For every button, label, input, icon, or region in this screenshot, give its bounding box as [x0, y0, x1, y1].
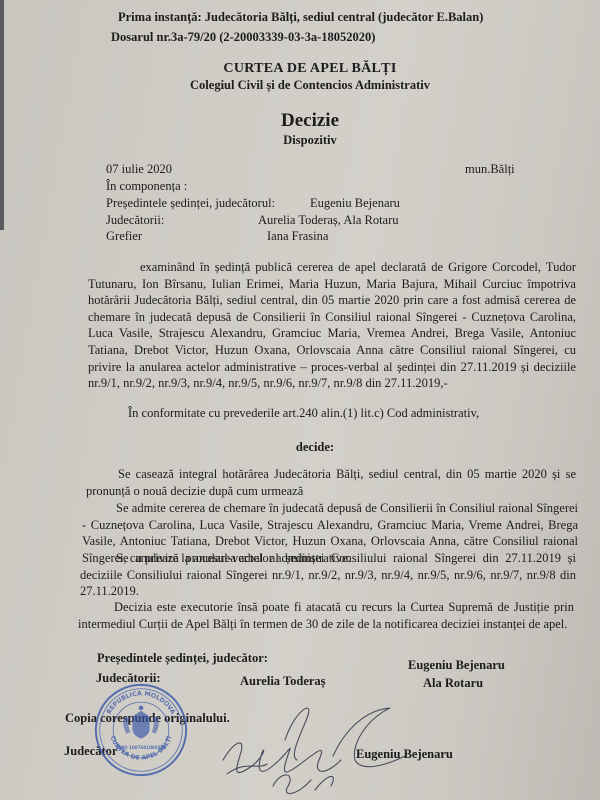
- composition-value-clerk: Iana Frasina: [267, 229, 328, 244]
- legal-basis: În conformitate cu prevederile art.240 a…: [128, 406, 479, 421]
- president-label: Președintele ședinței, judecător:: [97, 651, 268, 666]
- decision-place: mun.Bălți: [465, 162, 515, 177]
- composition-value-judges: Aurelia Toderaș, Ala Rotaru: [258, 213, 399, 228]
- signature-scribble-icon: [215, 690, 415, 800]
- composition-label-clerk: Grefier: [106, 229, 142, 244]
- judge-2-name: Ala Rotaru: [423, 676, 483, 691]
- court-name: CURTEA DE APEL BĂLȚI: [0, 61, 600, 77]
- official-stamp-icon: REPUBLICA MOLDOVA CURTEA DE APEL BĂLȚI I…: [93, 682, 189, 778]
- decision-item-1: Se casează integral hotărârea Judecători…: [86, 466, 576, 499]
- composition-value-president: Eugeniu Bejenaru: [310, 196, 400, 211]
- judge-1-name: Aurelia Toderaș: [240, 674, 326, 689]
- first-instance-line: Prima instanță: Judecătoria Bălți, sediu…: [118, 10, 483, 25]
- document-subtitle: Dispozitiv: [0, 133, 600, 148]
- document-title: Decizie: [0, 110, 600, 132]
- composition-label-judges: Judecătorii:: [106, 213, 164, 228]
- examination-paragraph: examinând în ședință publică cererea de …: [88, 259, 576, 392]
- decision-item-3: Se anulează procesul-verbal al ședinței …: [80, 550, 576, 600]
- decision-date: 07 iulie 2020: [106, 162, 172, 177]
- case-number-line: Dosarul nr.3a-79/20 (2-20003339-03-3a-18…: [111, 30, 375, 45]
- court-decision-document: Prima instanță: Judecătoria Bălți, sediu…: [0, 0, 600, 800]
- svg-text:IDNO 1007601000394: IDNO 1007601000394: [116, 745, 167, 750]
- composition-label-president: Președintele ședinței, judecătorul:: [106, 196, 275, 211]
- composition-intro: În componența :: [106, 179, 187, 194]
- court-college: Colegiul Civil și de Contencios Administ…: [0, 78, 600, 93]
- decides-heading: decide:: [0, 440, 600, 455]
- decision-item-4: Decizia este executorie însă poate fi at…: [78, 599, 574, 632]
- president-name: Eugeniu Bejenaru: [408, 658, 505, 673]
